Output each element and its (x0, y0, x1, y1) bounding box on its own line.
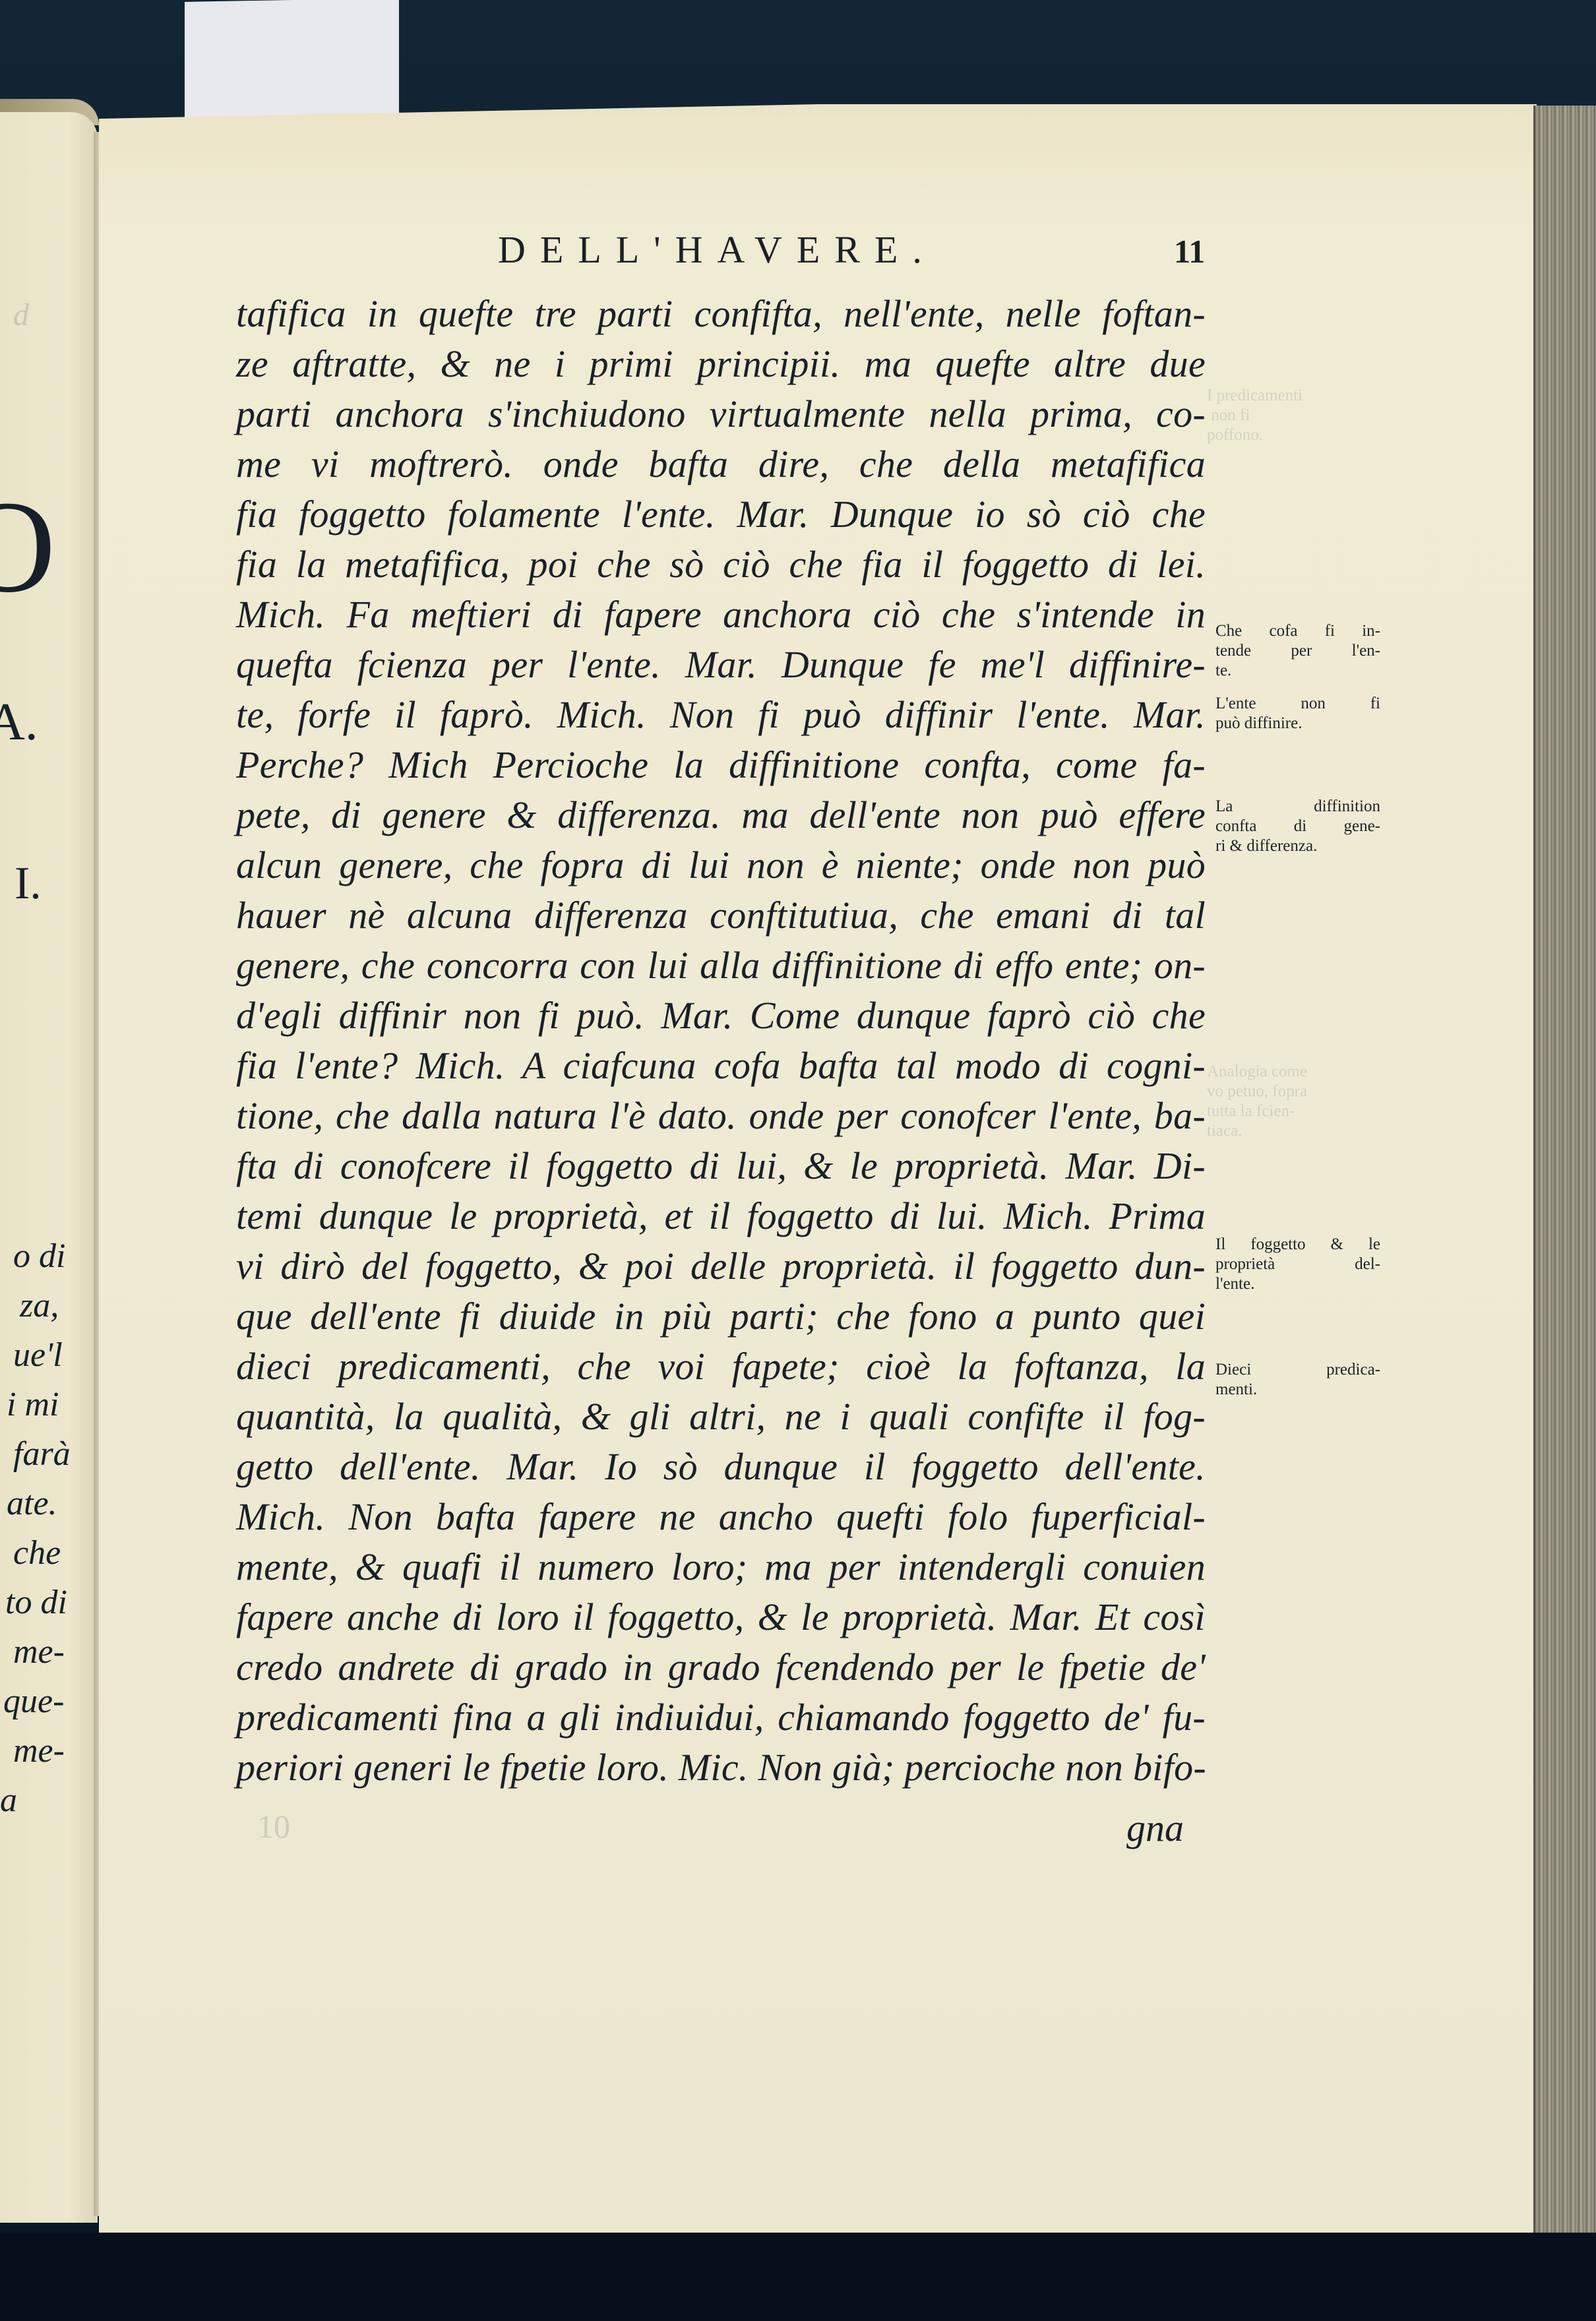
marginal-note-line: proprietà del- (1215, 1254, 1380, 1274)
bleed-through-text: d (13, 297, 29, 333)
left-line-end: farà (13, 1435, 71, 1473)
text-line: hauer nè alcuna differenza conftitutiua,… (236, 890, 1206, 941)
left-line-end: o di (13, 1237, 65, 1276)
text-line: parti anchora s'inchiudono virtualmente … (236, 389, 1206, 439)
running-head: DELL'HAVERE. (498, 228, 936, 272)
text-line: mente, & quafi il numero loro; ma per in… (236, 1542, 1206, 1592)
marginal-note: Dieci predica- menti. (1215, 1360, 1380, 1400)
left-line-end: que- (3, 1682, 64, 1721)
marginal-note-line: L'ente non fi (1215, 694, 1380, 714)
text-line: temi dunque le proprietà, et il foggetto… (236, 1191, 1206, 1241)
bleed-through-marginalia: Analogia comevo petuo, fopratutta la fci… (1207, 1062, 1365, 1141)
scan-background-bottom (0, 2233, 1596, 2321)
text-line: periori generi le fpetie loro. Mic. Non … (236, 1743, 1206, 1793)
marginal-note: Il foggetto & le proprietà del- l'ente. (1215, 1235, 1380, 1294)
text-line: alcun genere, che fopra di lui non è nie… (236, 840, 1206, 890)
marginal-note-line: La diffinition (1215, 797, 1380, 817)
text-line: dieci predicamenti, che voi fapete; cioè… (236, 1342, 1206, 1392)
text-line: quantità, la qualità, & gli altri, ne i … (236, 1392, 1206, 1442)
marginal-note: L'ente non fi può diffinire. (1215, 694, 1380, 733)
marginal-note-line: Dieci predica- (1215, 1360, 1380, 1380)
marginal-note-line: confta di gene- (1215, 817, 1380, 836)
marginal-note-line: Il foggetto & le (1215, 1235, 1380, 1254)
left-line-end: ate. (7, 1484, 57, 1523)
text-line: fia l'ente? Mich. A ciafcuna cofa bafta … (236, 1041, 1206, 1091)
catchword: gna (1126, 1806, 1184, 1850)
text-line: fia foggetto folamente l'ente. Mar. Dunq… (236, 489, 1206, 540)
left-line-end: i mi (7, 1385, 59, 1424)
left-line-end: me- (13, 1731, 65, 1770)
text-line: vi dirò del foggetto, & poi delle propri… (236, 1241, 1206, 1291)
text-line: genere, che concorra con lui alla diffin… (236, 941, 1206, 991)
marginal-note: La diffinition confta di gene- ri & diff… (1215, 797, 1380, 856)
left-line-end: za, (20, 1286, 59, 1325)
marginal-note-line: tende per l'en- (1215, 641, 1380, 661)
marginal-note-line: l'ente. (1215, 1274, 1380, 1294)
left-large-letter: O (0, 481, 55, 613)
left-line-end: to di (5, 1583, 67, 1622)
text-line: fia la metafifica, poi che sò ciò che fi… (236, 540, 1206, 590)
marginal-note-line: te. (1215, 661, 1380, 681)
text-line: credo andrete di grado in grado fcendend… (236, 1642, 1206, 1692)
left-line-end: ue'l (13, 1336, 63, 1375)
left-line-end: che (13, 1533, 61, 1572)
text-line: que dell'ente fi diuide in più parti; ch… (236, 1291, 1206, 1342)
text-line: pete, di genere & differenza. ma dell'en… (236, 790, 1206, 840)
left-line-end: a (0, 1781, 17, 1820)
page-number: 11 (1174, 232, 1205, 270)
page-edge-stack (1533, 106, 1596, 2243)
text-line: Mich. Fa meftieri di fapere anchora ciò … (236, 590, 1206, 640)
marginal-note: Che cofa fi in- tende per l'en- te. (1215, 621, 1380, 681)
marginal-note-line: ri & differenza. (1215, 836, 1380, 856)
text-line: tione, che dalla natura l'è dato. onde p… (236, 1091, 1206, 1141)
text-line: Mich. Non bafta fapere ne ancho quefti f… (236, 1492, 1206, 1542)
text-line: te, forfe il faprò. Mich. Non fi può dif… (236, 690, 1206, 740)
text-line: me vi moftrerò. onde bafta dire, che del… (236, 439, 1206, 489)
text-line: d'egli diffinir non fi può. Mar. Come du… (236, 991, 1206, 1041)
left-large-letter: A. (0, 693, 38, 753)
text-line: predicamenti fina a gli indiuidui, chiam… (236, 1692, 1206, 1743)
text-line: getto dell'ente. Mar. Io sò dunque il fo… (236, 1442, 1206, 1492)
bleed-through-folio: 10 (257, 1807, 290, 1845)
text-line: fapere anche di loro il foggetto, & le p… (236, 1592, 1206, 1642)
left-large-letter: I. (15, 857, 42, 910)
text-line: fta di conofcere il foggetto di lui, & l… (236, 1141, 1206, 1191)
body-text: tafifica in quefte tre parti confifta, n… (236, 289, 1206, 1793)
marginal-note-line: Che cofa fi in- (1215, 621, 1380, 641)
left-line-end: me- (13, 1632, 65, 1671)
marginal-note-line: menti. (1215, 1380, 1380, 1400)
left-page: d O A. I. o di za, ue'l i mi farà ate. c… (0, 112, 98, 2223)
marginal-note-line: può diffinire. (1215, 714, 1380, 733)
bleed-through-marginalia: I predicamenti non fipoffono. (1207, 386, 1365, 445)
text-line: Perche? Mich Percioche la diffinitione c… (236, 740, 1206, 790)
text-line: ze aftratte, & ne i primi principii. ma … (236, 339, 1206, 389)
text-line: quefta fcienza per l'ente. Mar. Dunque f… (236, 640, 1206, 690)
text-line: tafifica in quefte tre parti confifta, n… (236, 289, 1206, 339)
